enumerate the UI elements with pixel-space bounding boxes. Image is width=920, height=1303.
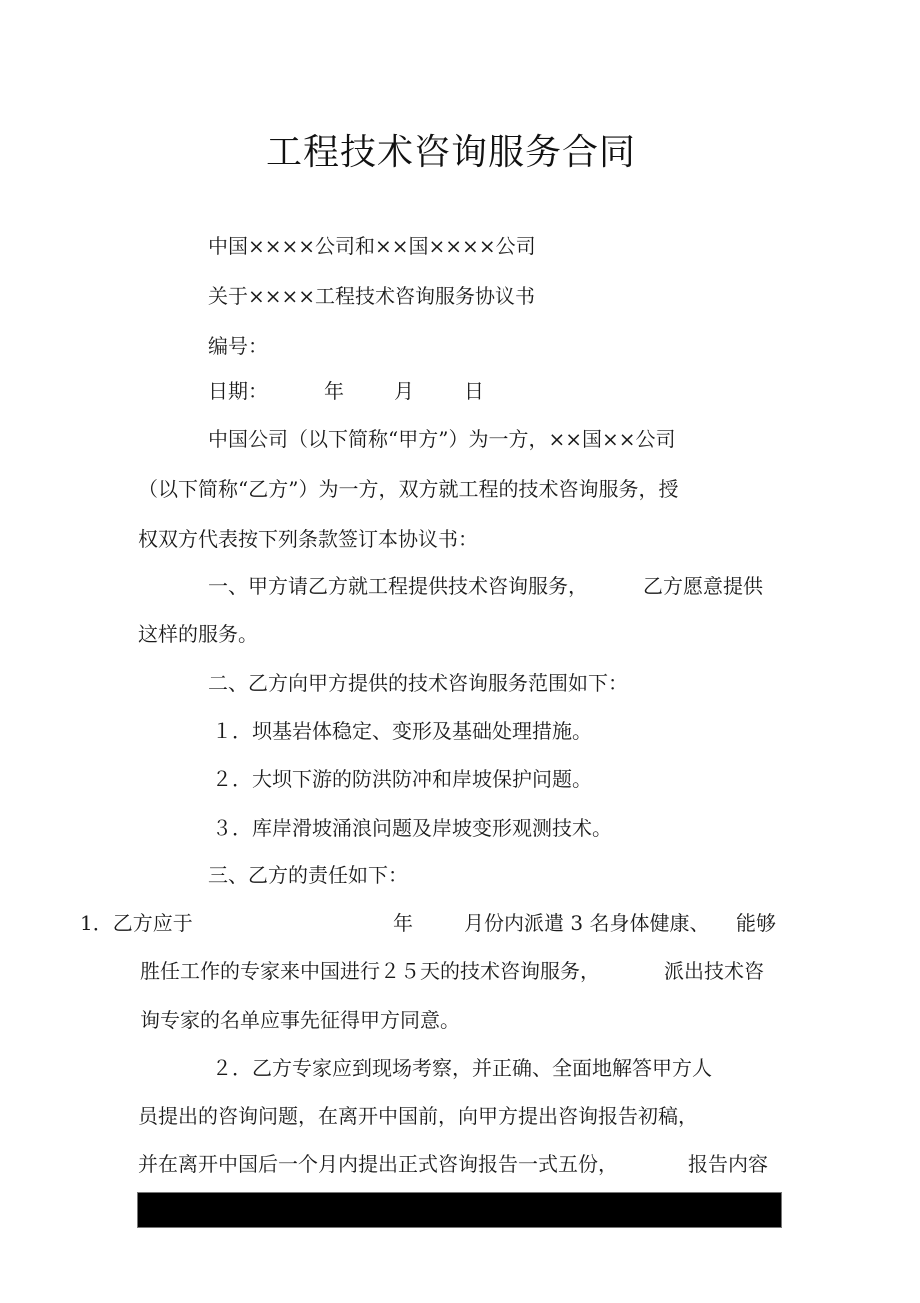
section1-line-1a: 一、甲方请乙方就工程提供技术咨询服务， (208, 571, 588, 601)
header-subject: 关于××××工程技术咨询服务协议书 (208, 281, 535, 311)
clause1-line-2a: 胜任工作的专家来中国进行２５天的技术咨询服务， (140, 956, 600, 986)
clause1-line-1a: 1．乙方应于 (80, 908, 193, 938)
header-date-label: 日期： (208, 376, 268, 406)
clause2-line-3a: 并在离开中国后一个月内提出正式咨询报告一式五份， (138, 1149, 618, 1179)
preamble-line-2: （以下简称“乙方”）为一方，双方就工程的技术咨询服务，授 (138, 474, 678, 504)
document-title: 工程技术咨询服务合同 (266, 128, 636, 178)
clause2-line-1: ２．乙方专家应到现场考察，并正确、全面地解答甲方人 (212, 1053, 712, 1083)
clause1-line-3: 询专家的名单应事先征得甲方同意。 (140, 1005, 460, 1035)
preamble-line-1: 中国公司（以下简称“甲方”）为一方，××国××公司 (208, 424, 675, 454)
header-number-label: 编号： (208, 331, 268, 361)
clause2-line-2: 员提出的咨询问题，在离开中国前，向甲方提出咨询报告初稿， (138, 1101, 698, 1131)
header-date-day: 日 (464, 376, 484, 406)
clause1-line-2b: 派出技术咨 (664, 956, 764, 986)
clause1-line-1c: 月份内派遣 3 名身体健康、 (464, 908, 709, 938)
preamble-line-3: 权双方代表按下列条款签订本协议书： (138, 524, 478, 554)
section2-heading: 二、乙方向甲方提供的技术咨询服务范围如下： (208, 668, 628, 698)
section1-line-1b: 乙方愿意提供 (643, 571, 763, 601)
clause1-line-1b: 年 (393, 908, 413, 938)
header-date-month: 月 (394, 376, 414, 406)
header-parties: 中国××××公司和××国××××公司 (208, 231, 536, 261)
section1-line-2: 这样的服务。 (138, 619, 258, 649)
section2-item-3: ３．库岸滑坡涌浪问题及岸坡变形观测技术。 (212, 813, 612, 843)
clause1-line-1d: 能够 (736, 908, 776, 938)
section3-heading: 三、乙方的责任如下： (208, 860, 408, 890)
document-page: 工程技术咨询服务合同 中国××××公司和××国××××公司 关于××××工程技术… (0, 0, 920, 1303)
section2-item-1: １．坝基岩体稳定、变形及基础处理措施。 (212, 716, 592, 746)
header-date-year: 年 (324, 376, 344, 406)
section2-item-2: ２．大坝下游的防洪防冲和岸坡保护问题。 (212, 764, 592, 794)
redaction-bar (137, 1192, 782, 1228)
clause2-line-3b: 报告内容 (688, 1149, 768, 1179)
